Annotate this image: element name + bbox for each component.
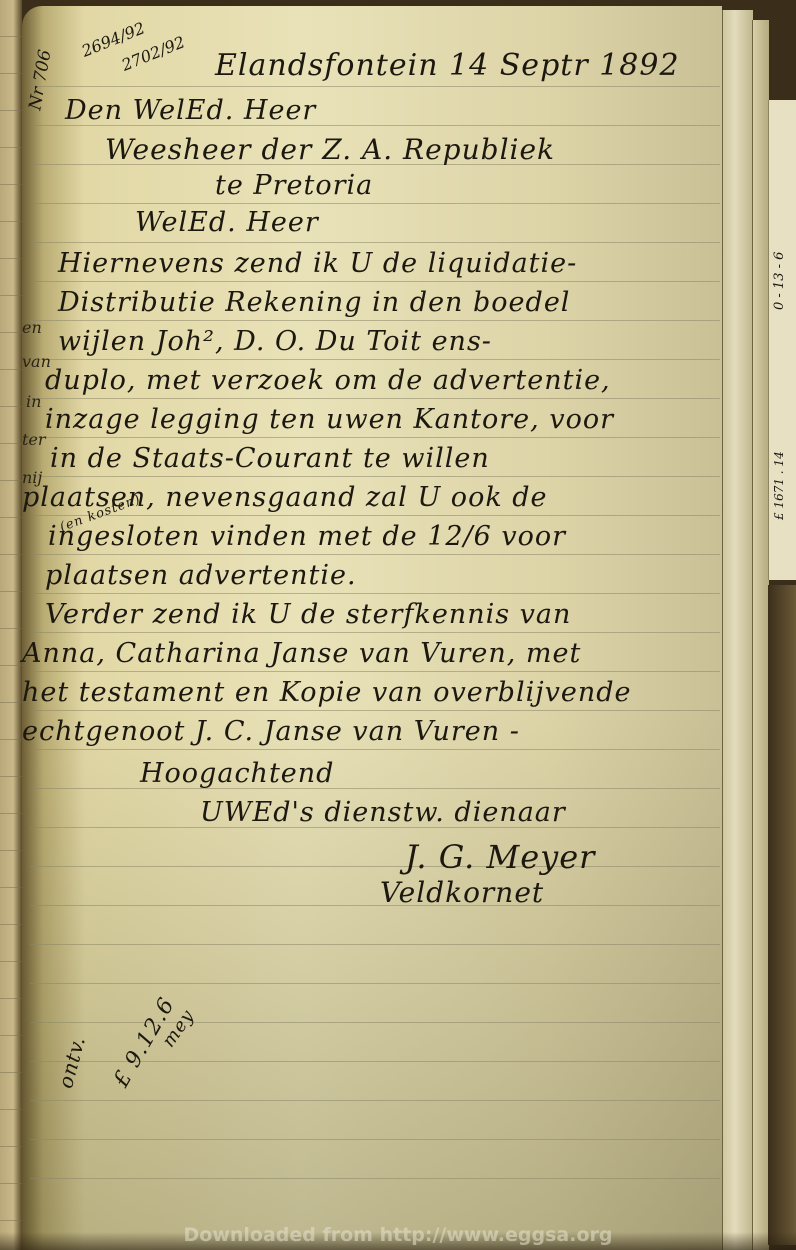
ruled-line	[30, 437, 720, 438]
ruled-line	[30, 476, 720, 477]
ruled-line	[30, 983, 720, 984]
place-and-date: Elandsfontein 14 Septr 1892	[215, 48, 680, 83]
page-shadow	[22, 700, 722, 1250]
inserted-slip-dark	[768, 585, 796, 1245]
ruled-line	[30, 1022, 720, 1023]
signature-title: Veldkornet	[380, 876, 544, 909]
body-line-5: inzage legging ten uwen Kantore, voor	[45, 404, 614, 435]
ruled-line	[30, 398, 720, 399]
closing: Hoogachtend	[140, 758, 334, 789]
ruled-line	[30, 359, 720, 360]
ruled-line	[30, 203, 720, 204]
ruled-line	[30, 632, 720, 633]
greeting: WelEd. Heer	[135, 207, 319, 238]
ruled-line	[30, 281, 720, 282]
body-line-4: duplo, met verzoek om de advertentie,	[45, 365, 611, 396]
margin-fragment: van	[22, 352, 51, 371]
ruled-line	[30, 944, 720, 945]
body-line-11: Anna, Catharina Janse van Vuren, met	[22, 638, 581, 669]
ruled-line	[30, 710, 720, 711]
body-line-1: Hiernevens zend ik U de liquidatie-	[58, 248, 577, 279]
body-line-3: wijlen Joh², D. O. Du Toit ens-	[58, 326, 492, 357]
ruled-line	[30, 866, 720, 867]
ruled-line	[30, 1100, 720, 1101]
facing-page-ruling	[0, 0, 22, 1250]
ruled-line	[30, 515, 720, 516]
ruled-line	[30, 1139, 720, 1140]
watermark: Downloaded from http://www.eggsa.org	[0, 1224, 796, 1246]
addressee-line-1: Den WelEd. Heer	[65, 95, 316, 126]
ruled-line	[30, 242, 720, 243]
body-line-10: Verder zend ik U de sterfkennis van	[45, 599, 571, 630]
closing-line: UWEd's dienstw. dienaar	[200, 797, 566, 828]
ruled-line	[30, 320, 720, 321]
page-stack-edge-inner	[752, 20, 769, 1250]
margin-fragment: en	[22, 318, 42, 337]
ruled-line	[30, 788, 720, 789]
ruled-line	[30, 593, 720, 594]
addressee-line-2: Weesheer der Z. A. Republiek	[105, 133, 555, 166]
body-line-6: in de Staats-Courant te willen	[50, 443, 490, 474]
ruled-line	[30, 671, 720, 672]
body-line-9: plaatsen advertentie.	[45, 560, 357, 591]
signature: J. G. Meyer	[405, 838, 595, 876]
body-line-12: het testament en Kopie van overblijvende	[22, 677, 632, 708]
slip-note-total: £ 1671 . 14	[772, 330, 794, 520]
body-line-13: echtgenoot J. C. Janse van Vuren -	[22, 716, 520, 747]
ruled-line	[30, 86, 720, 87]
page-stack-edge	[722, 10, 753, 1250]
body-line-2: Distributie Rekening in den boedel	[58, 287, 570, 318]
ruled-line	[30, 905, 720, 906]
margin-fragment: nij	[22, 468, 42, 487]
margin-fragment: in	[26, 392, 41, 411]
slip-note-amount: 0 - 13 - 6	[772, 110, 794, 310]
ruled-line	[30, 749, 720, 750]
body-line-8: ingesloten vinden met de 12/6 voor	[48, 521, 566, 552]
ruled-line	[30, 554, 720, 555]
margin-fragment: ter	[22, 430, 46, 449]
ruled-line	[30, 1178, 720, 1179]
addressee-line-3: te Pretoria	[215, 170, 373, 201]
